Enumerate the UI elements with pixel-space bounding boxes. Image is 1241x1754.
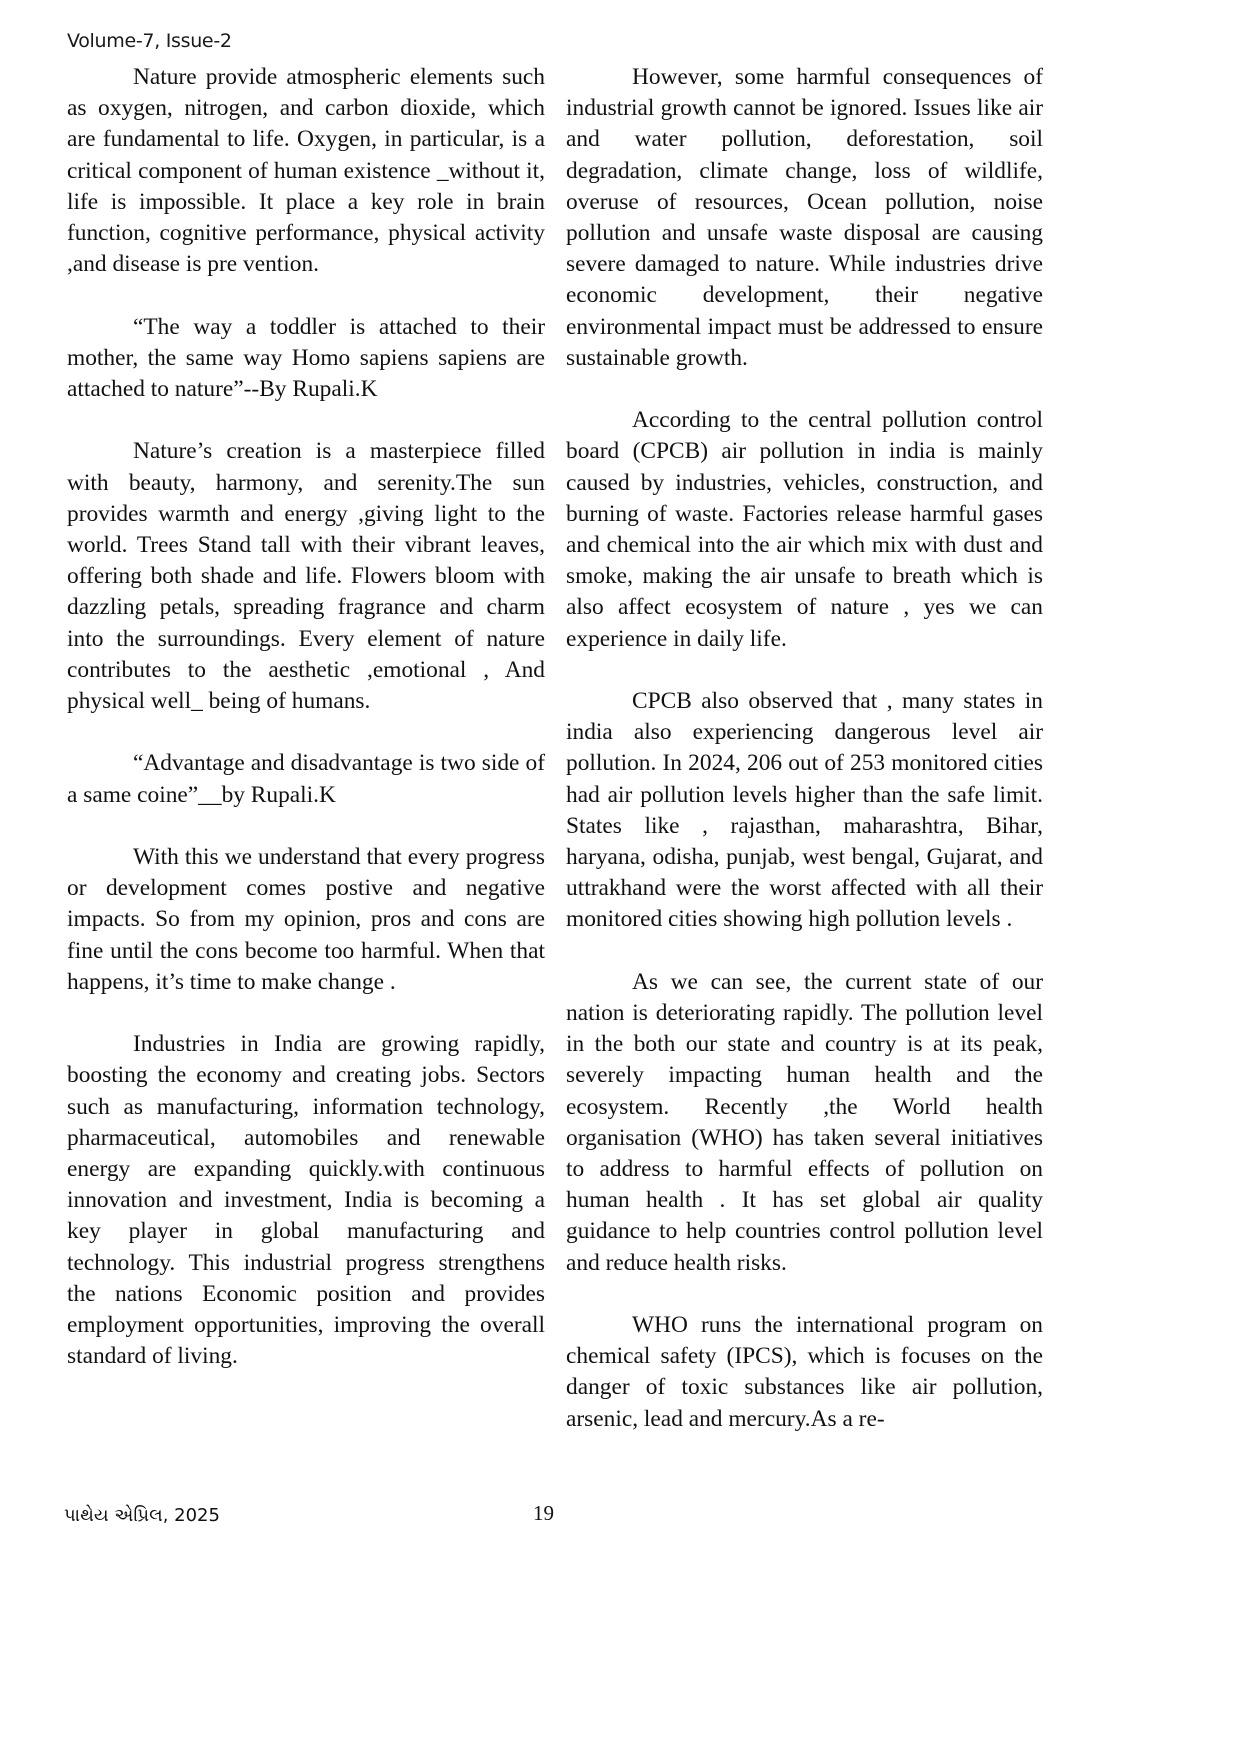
paragraph-nature-creation: Nature’s creation is a masterpiece fille… bbox=[67, 436, 545, 717]
right-column: However, some harmful consequences of in… bbox=[566, 62, 1043, 1435]
paragraph-cpcb-causes: According to the central pollution con­t… bbox=[566, 405, 1043, 655]
volume-issue-header: Volume-7, Issue-2 bbox=[67, 30, 232, 52]
paragraph-current-state: As we can see, the current state of our … bbox=[566, 967, 1043, 1279]
paragraph-cpcb-states: CPCB also observed that , many states in… bbox=[566, 686, 1043, 936]
left-column: Nature provide atmospheric elements such… bbox=[67, 62, 545, 1372]
paragraph-industries: Industries in India are growing rapid­ly… bbox=[67, 1029, 545, 1372]
quote-advantage: “Advantage and disadvantage is two side … bbox=[67, 748, 545, 810]
paragraph-harmful-consequences: However, some harmful consequences of in… bbox=[566, 62, 1043, 374]
quote-toddler: “The way a toddler is attached to their … bbox=[67, 312, 545, 406]
publication-name: પાથેય એપ્રિલ, 2025 bbox=[64, 1505, 220, 1526]
paragraph-nature-elements: Nature provide atmospheric elements such… bbox=[67, 62, 545, 280]
page-number: 19 bbox=[533, 1501, 554, 1526]
paragraph-progress: With this we understand that every prog­… bbox=[67, 842, 545, 998]
paragraph-who-ipcs: WHO runs the international program on ch… bbox=[566, 1310, 1043, 1435]
